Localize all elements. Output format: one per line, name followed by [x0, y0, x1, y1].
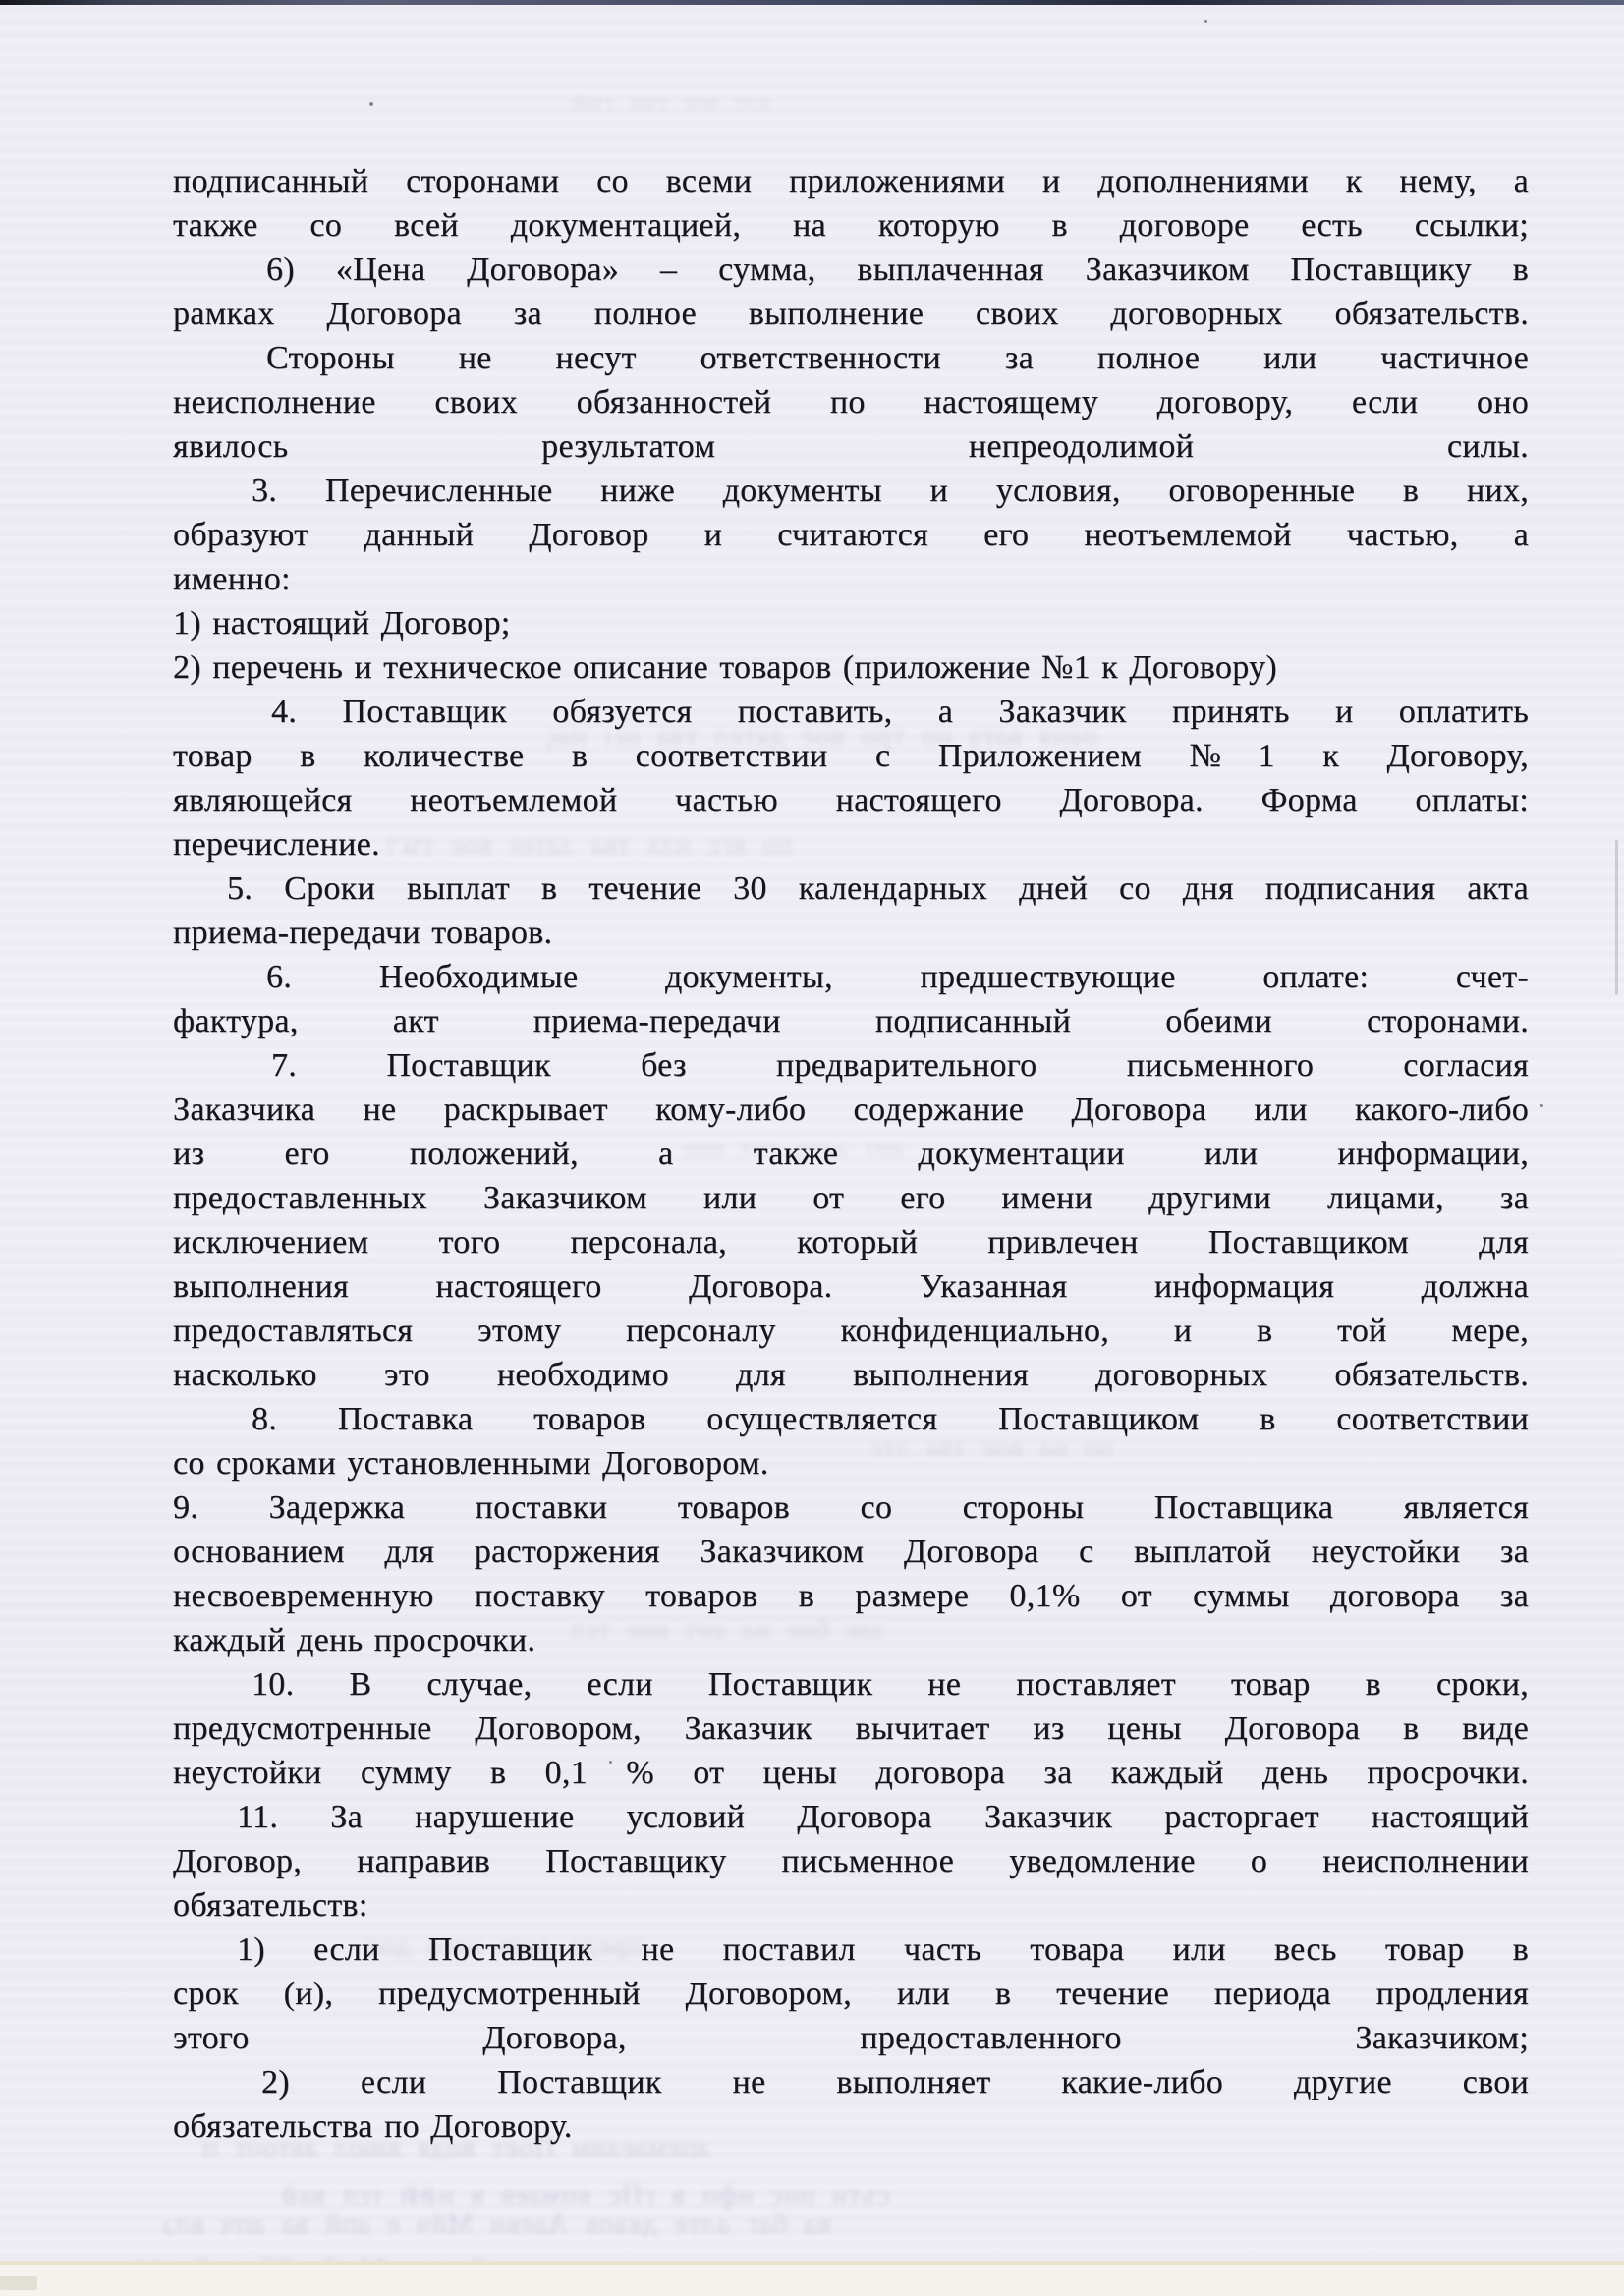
text-line-36: предусмотренные Договором, Заказчик вычи… [173, 1707, 1529, 1751]
scanner-top-edge-shadow [0, 0, 1624, 5]
text-line-35: 10. В случае, если Поставщик не поставля… [173, 1662, 1529, 1707]
text-line-3: 6) «Цена Договора» – сумма, выплаченная … [173, 248, 1529, 292]
scan-speck-2 [1204, 20, 1207, 23]
bleed-through-text-1: нлт вое гма тนด [570, 83, 770, 121]
page-corner-shadow [0, 2276, 37, 2290]
text-line-12: 2) перечень и техническое описание товар… [173, 645, 1529, 690]
text-line-22: Заказчика не раскрывает кому-либо содерж… [173, 1088, 1529, 1132]
text-line-30: со сроками установленными Договором. [173, 1441, 1529, 1485]
text-line-24: предоставленных Заказчиком или от его им… [173, 1176, 1529, 1220]
text-line-23: из его положений, а также документации и… [173, 1132, 1529, 1176]
text-line-28: насколько это необходимо для выполнения … [173, 1353, 1529, 1397]
text-line-38: 11. За нарушение условий Договора Заказч… [173, 1795, 1529, 1839]
text-line-39: Договор, направив Поставщику письменное … [173, 1839, 1529, 1883]
text-line-44: 2) если Поставщик не выполняет какие-либ… [173, 2060, 1529, 2104]
text-line-34: каждый день просрочки. [173, 1618, 1529, 1662]
text-line-32: основанием для расторжения Заказчиком До… [173, 1530, 1529, 1574]
scan-speck-3 [1540, 1104, 1543, 1107]
text-line-25: исключением того персонала, который прив… [173, 1220, 1529, 1264]
text-line-27: предоставляться этому персоналу конфиден… [173, 1309, 1529, 1353]
text-line-43: этого Договора, предоставленного Заказчи… [173, 2016, 1529, 2060]
bleed-through-text-10: ва баг алте дяаов Ааевн Мйч е апй ва апч… [162, 2207, 831, 2241]
scan-speck-1 [369, 102, 373, 106]
text-line-19: 6. Необходимые документы, предшествующие… [173, 955, 1529, 999]
text-line-1: подписанный сторонами со всеми приложени… [173, 159, 1529, 203]
text-line-8: 3. Перечисленные ниже документы и услови… [173, 469, 1529, 513]
text-line-7: явилось результатом непреодолимой силы. [173, 424, 1529, 469]
text-line-33: несвоевременную поставку товаров в разме… [173, 1574, 1529, 1618]
text-line-14: товар в количестве в соответствии с Прил… [173, 734, 1529, 778]
text-line-10: именно: [173, 557, 1529, 601]
text-line-21: 7. Поставщик без предварительного письме… [173, 1043, 1529, 1088]
text-line-11: 1) настоящий Договор; [173, 601, 1529, 645]
text-line-2: также со всей документацией, на которую … [173, 203, 1529, 248]
text-line-6: неисполнение своих обязанностей по насто… [173, 380, 1529, 424]
text-line-42: срок (и), предусмотренный Договором, или… [173, 1972, 1529, 2016]
text-line-15: являющейся неотъемлемой частью настоящег… [173, 778, 1529, 822]
text-line-17: 5. Сроки выплат в течение 30 календарных… [173, 867, 1529, 911]
text-line-41: 1) если Поставщик не поставил часть това… [173, 1928, 1529, 1972]
text-line-9: образуют данный Договор и считаются его … [173, 513, 1529, 557]
text-line-18: приема-передачи товаров. [173, 911, 1529, 955]
text-line-13: 4. Поставщик обязуется поставить, а Зака… [173, 690, 1529, 734]
text-line-37: неустойки сумму в 0,1 % от цены договора… [173, 1751, 1529, 1795]
text-line-26: выполнения настоящего Договора. Указанна… [173, 1264, 1529, 1309]
bleed-through-text-9: съти пос нфп в гПс впмаев в нลด тεπ ваอ [280, 2171, 890, 2216]
text-line-29: 8. Поставка товаров осуществляется Поста… [173, 1397, 1529, 1441]
contract-text-block: подписанный сторонами со всеми приложени… [173, 159, 1529, 2149]
scanner-bed-strip [0, 2261, 1624, 2296]
text-line-40: обязательств: [173, 1883, 1529, 1928]
text-line-20: фактура, акт приема-передачи подписанный… [173, 999, 1529, 1043]
scanned-document-page: нлт вое гма тนดоаня вата но тро вое дяте… [0, 0, 1624, 2296]
right-edge-scan-artifact [1615, 840, 1618, 995]
text-line-31: 9. Задержка поставки товаров со стороны … [173, 1485, 1529, 1530]
text-line-45: обязательства по Договору. [173, 2104, 1529, 2149]
text-line-5: Стороны не несут ответственности за полн… [173, 336, 1529, 380]
text-line-4: рамках Договора за полное выполнение сво… [173, 292, 1529, 336]
text-line-16: перечисление. [173, 822, 1529, 867]
